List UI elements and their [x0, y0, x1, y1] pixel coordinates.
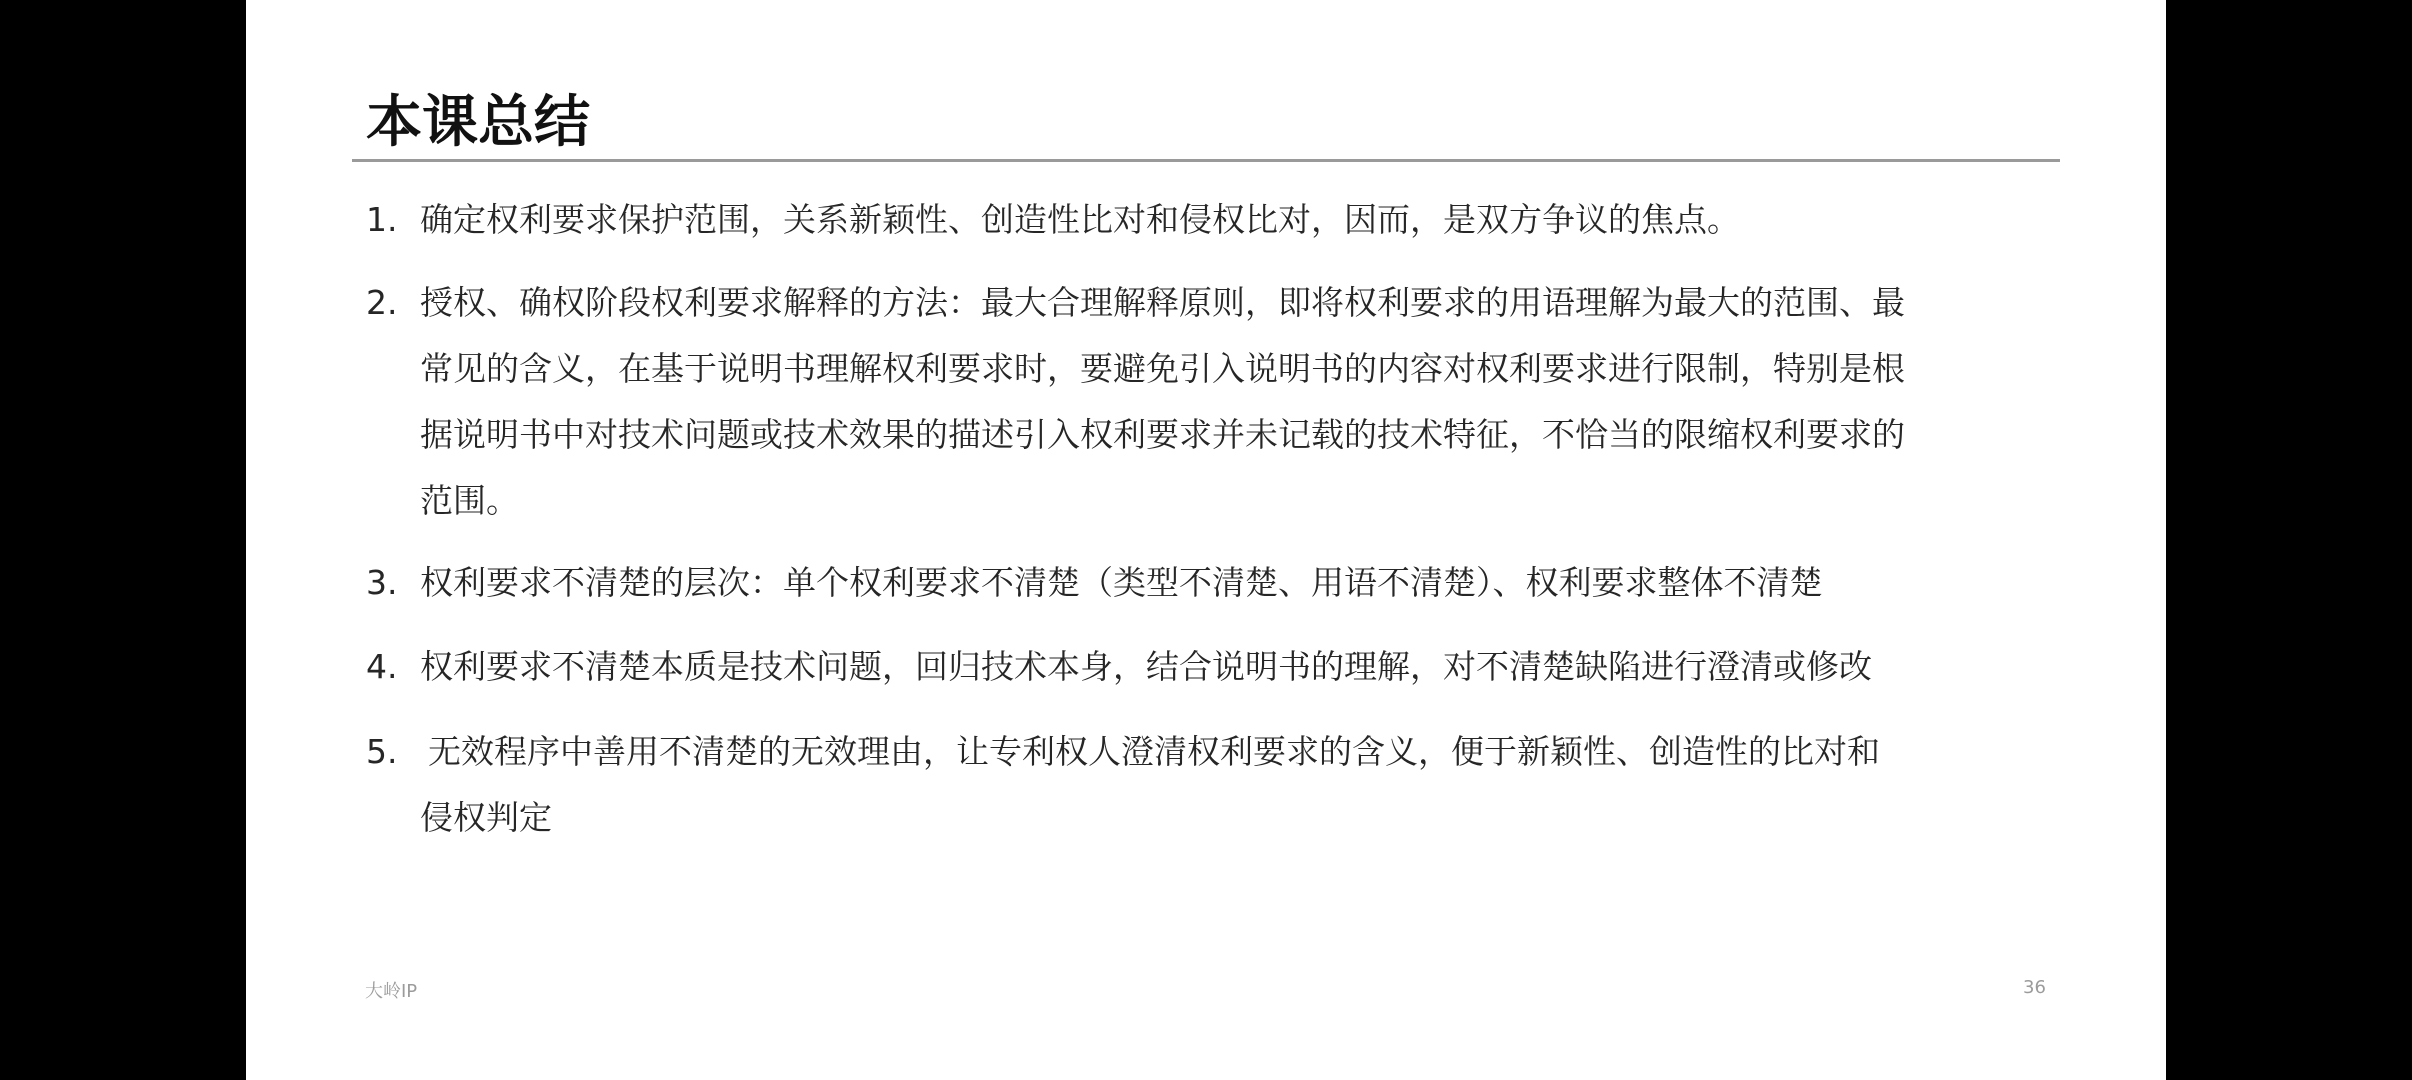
item-number: 5.	[366, 719, 416, 785]
footer-brand: 大岭IP	[365, 977, 417, 1003]
item-number: 3.	[366, 550, 416, 616]
item-number: 4.	[366, 634, 416, 700]
item-line: 范围。	[420, 468, 2050, 534]
slide: 本课总结 1. 确定权利要求保护范围，关系新颖性、创造性比对和侵权比对，因而，是…	[246, 0, 2166, 1080]
item-text: 无效程序中善用不清楚的无效理由，让专利权人澄清权利要求的含义，便于新颖性、创造性…	[428, 719, 2058, 851]
item-number: 1.	[366, 187, 416, 253]
page-number: 36	[2023, 977, 2046, 998]
item-text: 权利要求不清楚的层次：单个权利要求不清楚（类型不清楚、用语不清楚）、权利要求整体…	[420, 550, 2050, 616]
item-line: 确定权利要求保护范围，关系新颖性、创造性比对和侵权比对，因而，是双方争议的焦点。	[420, 187, 2050, 253]
item-line: 权利要求不清楚的层次：单个权利要求不清楚（类型不清楚、用语不清楚）、权利要求整体…	[420, 550, 2050, 616]
item-number: 2.	[366, 270, 416, 336]
item-line: 无效程序中善用不清楚的无效理由，让专利权人澄清权利要求的含义，便于新颖性、创造性…	[428, 719, 2058, 785]
item-text: 授权、确权阶段权利要求解释的方法：最大合理解释原则，即将权利要求的用语理解为最大…	[420, 270, 2050, 534]
item-text: 确定权利要求保护范围，关系新颖性、创造性比对和侵权比对，因而，是双方争议的焦点。	[420, 187, 2050, 253]
item-line: 常见的含义，在基于说明书理解权利要求时，要避免引入说明书的内容对权利要求进行限制…	[420, 336, 2050, 402]
slide-title: 本课总结	[366, 88, 590, 158]
item-line: 授权、确权阶段权利要求解释的方法：最大合理解释原则，即将权利要求的用语理解为最大…	[420, 270, 2050, 336]
item-text: 权利要求不清楚本质是技术问题，回归技术本身，结合说明书的理解，对不清楚缺陷进行澄…	[420, 634, 2050, 700]
item-line: 侵权判定	[420, 785, 2058, 851]
item-line: 据说明书中对技术问题或技术效果的描述引入权利要求并未记载的技术特征，不恰当的限缩…	[420, 402, 2050, 468]
item-line: 权利要求不清楚本质是技术问题，回归技术本身，结合说明书的理解，对不清楚缺陷进行澄…	[420, 634, 2050, 700]
title-underline	[352, 159, 2060, 162]
